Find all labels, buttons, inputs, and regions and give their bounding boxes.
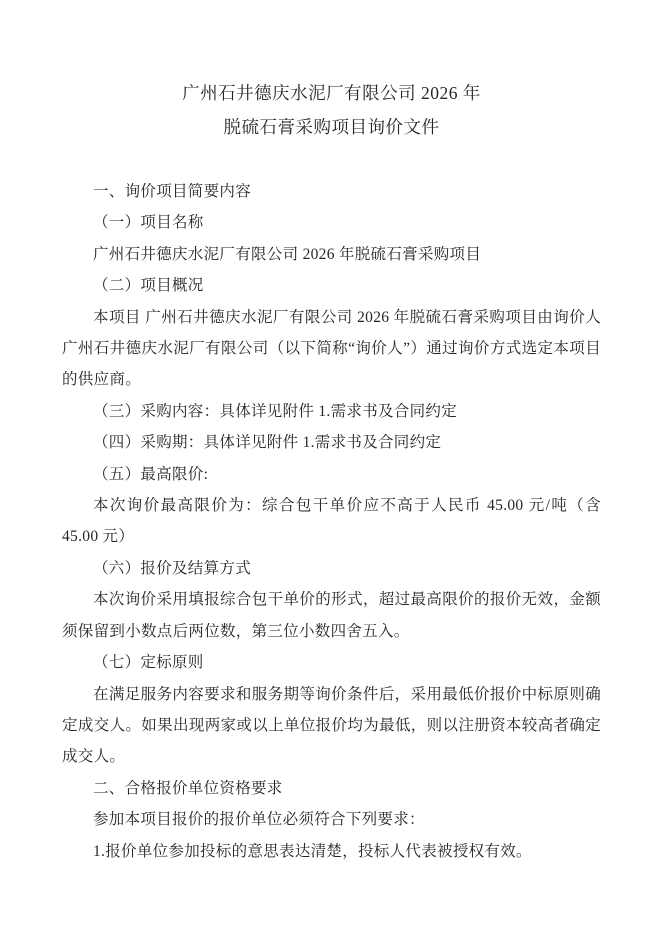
document-content: 广州石井德庆水泥厂有限公司 2026 年 脱硫石膏采购项目询价文件 一、询价项目… bbox=[0, 0, 661, 867]
para-qualification-intro: 参加本项目报价的报价单位必须符合下列要求： bbox=[62, 804, 601, 835]
heading-section-two: 二、合格报价单位资格要求 bbox=[62, 773, 601, 804]
subheading-price-ceiling: （五）最高限价: bbox=[62, 459, 601, 490]
para-quote-settlement-detail: 本次询价采用填报综合包干单价的形式，超过最高限价的报价无效，金额须保留到小数点后… bbox=[62, 584, 601, 647]
document-page: 广州石井德庆水泥厂有限公司 2026 年 脱硫石膏采购项目询价文件 一、询价项目… bbox=[0, 0, 661, 936]
heading-section-one: 一、询价项目简要内容 bbox=[62, 176, 601, 207]
document-title-line2: 脱硫石膏采购项目询价文件 bbox=[62, 110, 601, 144]
subheading-award-principle: （七）定标原则 bbox=[62, 647, 601, 678]
subheading-project-name: （一）项目名称 bbox=[62, 207, 601, 238]
document-body: 一、询价项目简要内容 （一）项目名称 广州石井德庆水泥厂有限公司 2026 年脱… bbox=[62, 176, 601, 867]
subheading-project-overview: （二）项目概况 bbox=[62, 270, 601, 301]
para-qualification-item-1: 1.报价单位参加投标的意思表达清楚，投标人代表被授权有效。 bbox=[62, 836, 601, 867]
subheading-procurement-content: （三）采购内容：具体详见附件 1.需求书及合同约定 bbox=[62, 396, 601, 427]
para-project-overview: 本项目 广州石井德庆水泥厂有限公司 2026 年脱硫石膏采购项目由询价人广州石井… bbox=[62, 302, 601, 396]
document-title-line1: 广州石井德庆水泥厂有限公司 2026 年 bbox=[62, 76, 601, 110]
para-price-ceiling-detail: 本次询价最高限价为：综合包干单价应不高于人民币 45.00 元/吨（含 45.0… bbox=[62, 490, 601, 553]
para-award-principle-detail: 在满足服务内容要求和服务期等询价条件后，采用最低价报价中标原则确定成交人。如果出… bbox=[62, 679, 601, 773]
subheading-quote-settlement: （六）报价及结算方式 bbox=[62, 553, 601, 584]
subheading-procurement-period: （四）采购期：具体详见附件 1.需求书及合同约定 bbox=[62, 427, 601, 458]
para-project-name-value: 广州石井德庆水泥厂有限公司 2026 年脱硫石膏采购项目 bbox=[62, 239, 601, 270]
document-title: 广州石井德庆水泥厂有限公司 2026 年 脱硫石膏采购项目询价文件 bbox=[62, 76, 601, 144]
